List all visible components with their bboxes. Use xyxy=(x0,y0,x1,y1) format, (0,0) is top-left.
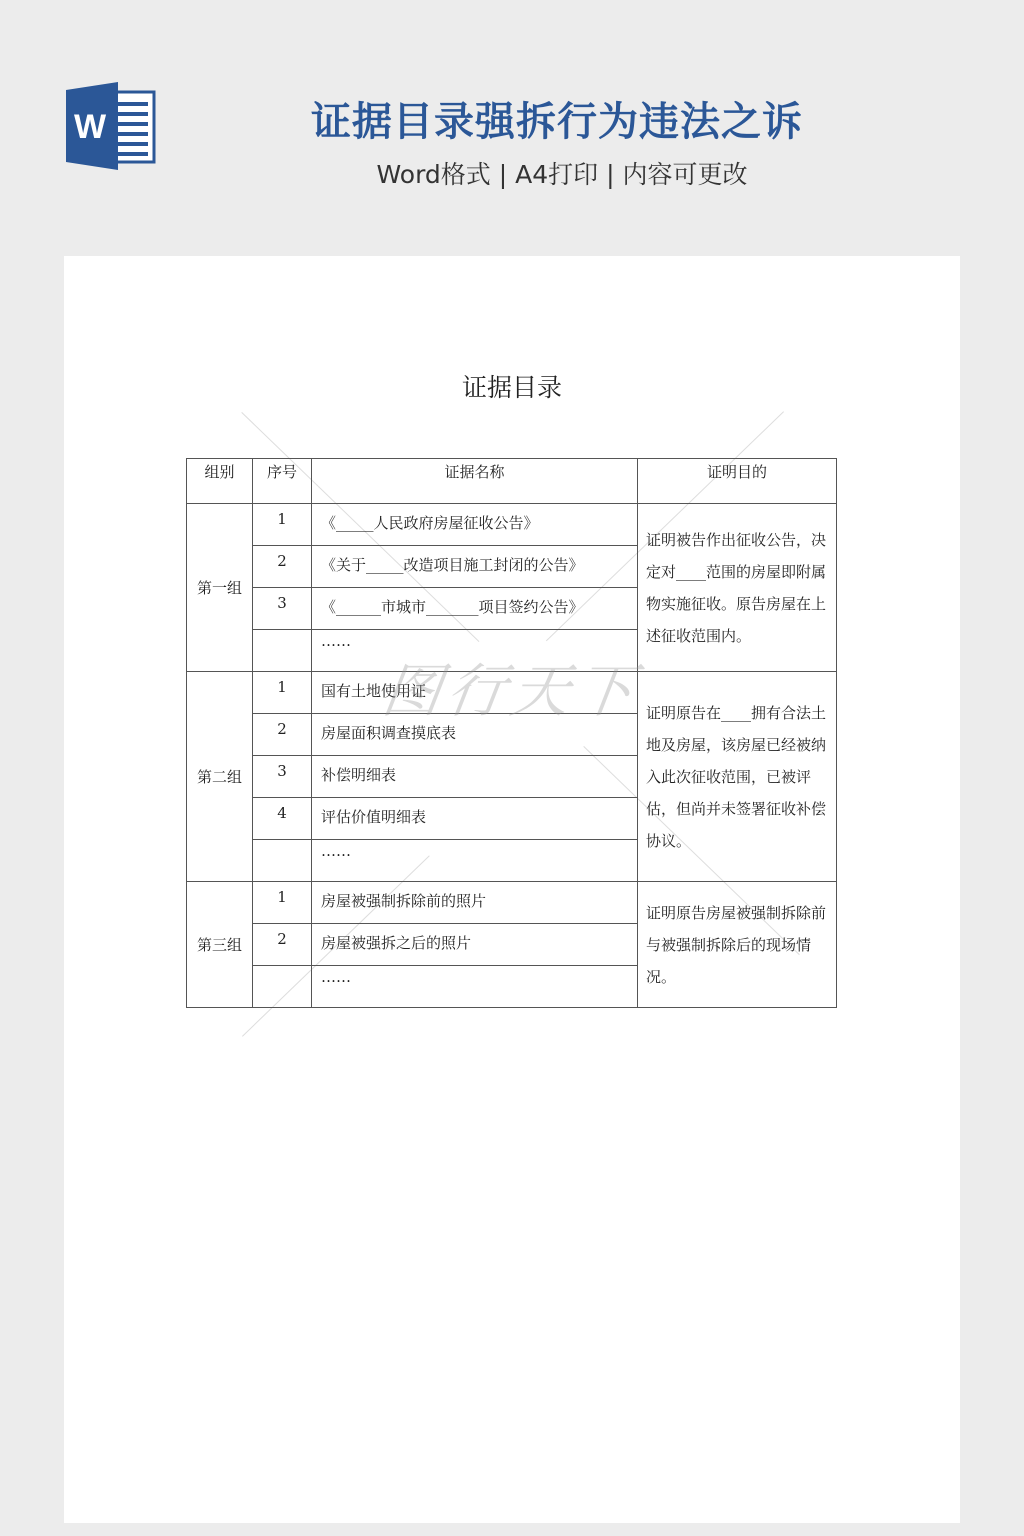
header-purpose: 证明目的 xyxy=(638,459,837,504)
group-label: 第一组 xyxy=(187,504,253,672)
evidence-name: 《______市城市_______项目签约公告》 xyxy=(312,588,638,630)
row-number: 1 xyxy=(253,672,312,714)
table-header-row: 组别 序号 证据名称 证明目的 xyxy=(187,459,837,504)
evidence-name: …… xyxy=(312,630,638,672)
evidence-name: 房屋面积调查摸底表 xyxy=(312,714,638,756)
evidence-name: …… xyxy=(312,840,638,882)
row-number: 1 xyxy=(253,504,312,546)
row-number xyxy=(253,966,312,1008)
row-number xyxy=(253,840,312,882)
evidence-name: 《关于_____改造项目施工封闭的公告》 xyxy=(312,546,638,588)
row-number: 4 xyxy=(253,798,312,840)
table-row: 第二组 1 国有土地使用证 证明原告在____拥有合法土地及房屋，该房屋已经被纳… xyxy=(187,672,837,714)
row-number: 3 xyxy=(253,588,312,630)
table-row: 第一组 1 《_____人民政府房屋征收公告》 证明被告作出征收公告，决定对__… xyxy=(187,504,837,546)
table-row: 第三组 1 房屋被强制拆除前的照片 证明原告房屋被强制拆除前与被强制拆除后的现场… xyxy=(187,882,837,924)
banner-title: 证据目录强拆行为违法之诉 xyxy=(0,90,1024,147)
evidence-name: 补偿明细表 xyxy=(312,756,638,798)
row-number: 2 xyxy=(253,714,312,756)
evidence-name: 《_____人民政府房屋征收公告》 xyxy=(312,504,638,546)
group-label: 第二组 xyxy=(187,672,253,882)
evidence-purpose: 证明被告作出征收公告，决定对____范围的房屋即附属物实施征收。原告房屋在上述征… xyxy=(638,504,837,672)
evidence-table: 组别 序号 证据名称 证明目的 第一组 1 《_____人民政府房屋征收公告》 … xyxy=(186,458,837,1008)
row-number: 3 xyxy=(253,756,312,798)
document-page: 证据目录 组别 序号 证据名称 证明目的 第一组 1 《_____人民政府房屋征… xyxy=(64,256,960,1523)
evidence-name: 房屋被强制拆除前的照片 xyxy=(312,882,638,924)
evidence-name: 国有土地使用证 xyxy=(312,672,638,714)
evidence-name: …… xyxy=(312,966,638,1008)
evidence-name: 房屋被强拆之后的照片 xyxy=(312,924,638,966)
evidence-purpose: 证明原告房屋被强制拆除前与被强制拆除后的现场情况。 xyxy=(638,882,837,1008)
banner-subtitle: Word格式 | A4打印 | 内容可更改 xyxy=(0,155,1024,191)
header-evidence-name: 证据名称 xyxy=(312,459,638,504)
document-title: 证据目录 xyxy=(64,368,960,404)
group-label: 第三组 xyxy=(187,882,253,1008)
header-group: 组别 xyxy=(187,459,253,504)
evidence-purpose: 证明原告在____拥有合法土地及房屋，该房屋已经被纳入此次征收范围，已被评估，但… xyxy=(638,672,837,882)
header-number: 序号 xyxy=(253,459,312,504)
row-number: 2 xyxy=(253,924,312,966)
row-number: 2 xyxy=(253,546,312,588)
row-number: 1 xyxy=(253,882,312,924)
evidence-name: 评估价值明细表 xyxy=(312,798,638,840)
row-number xyxy=(253,630,312,672)
